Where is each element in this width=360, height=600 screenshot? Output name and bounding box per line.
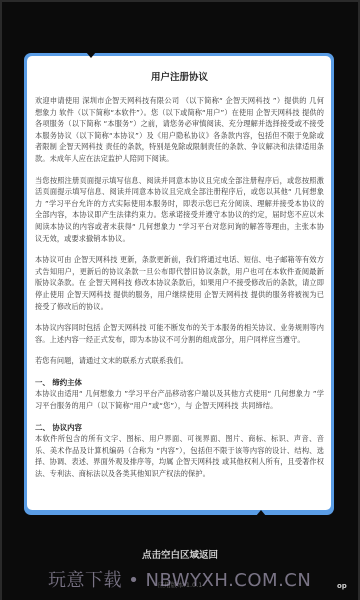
tap-blank-to-return-hint[interactable]: 点击空白区域返回 bbox=[0, 547, 360, 561]
dialog-title: 用户注册协议 bbox=[35, 69, 324, 83]
dialog-notch-decoration bbox=[256, 510, 266, 516]
section-agreement-content: 二、 协议内容 本软件所包含的所有文字、图标、用户界面、可视界面、图片、商标、标… bbox=[35, 422, 324, 480]
section-body: 本协议由适用“ 几何想象力 ”学习平台产品移动客户端以及其他方式使用“ 几何想象… bbox=[35, 388, 324, 411]
corner-logo-icon: op bbox=[337, 582, 347, 590]
agreement-paragraph: 本协议可由 企智天网科技 更新，条款更新前，我们将通过电话、短信、电子邮箱等有效… bbox=[35, 254, 324, 312]
dialog-notch-decoration bbox=[86, 52, 96, 58]
dialog-content[interactable]: 用户注册协议 欢迎申请使用 深圳市企智天网科技有限公司 （以下简称“ 企智天网科… bbox=[27, 56, 331, 510]
section-heading: 二、 协议内容 bbox=[35, 422, 324, 434]
site-watermark: 玩意下载 • NBWYXH.COM.CN bbox=[48, 566, 311, 592]
agreement-paragraph: 欢迎申请使用 深圳市企智天网科技有限公司 （以下简称“ 企智天网科技 ”）提供的… bbox=[35, 95, 324, 165]
agreement-paragraph: 本协议内容同时包括 企智天网科技 可能不断发布的关于本服务的相关协议、业务规则等… bbox=[35, 322, 324, 345]
section-heading: 一、 缔约主体 bbox=[35, 377, 324, 389]
agreement-paragraph: 若您有问题，请通过文末的联系方式联系我们。 bbox=[35, 355, 324, 367]
section-contracting-parties: 一、 缔约主体 本协议由适用“ 几何想象力 ”学习平台产品移动客户端以及其他方式… bbox=[35, 377, 324, 412]
agreement-paragraph: 当您按照注册页面提示填写信息、阅读并同意本协议且完成全部注册程序后，或您按照激活… bbox=[35, 175, 324, 245]
user-agreement-dialog: 用户注册协议 欢迎申请使用 深圳市企智天网科技有限公司 （以下简称“ 企智天网科… bbox=[24, 53, 334, 515]
section-body: 本软件所包含的所有文字、图标、用户界面、可视界面、图片、商标、标识、声音、音乐、… bbox=[35, 433, 324, 479]
